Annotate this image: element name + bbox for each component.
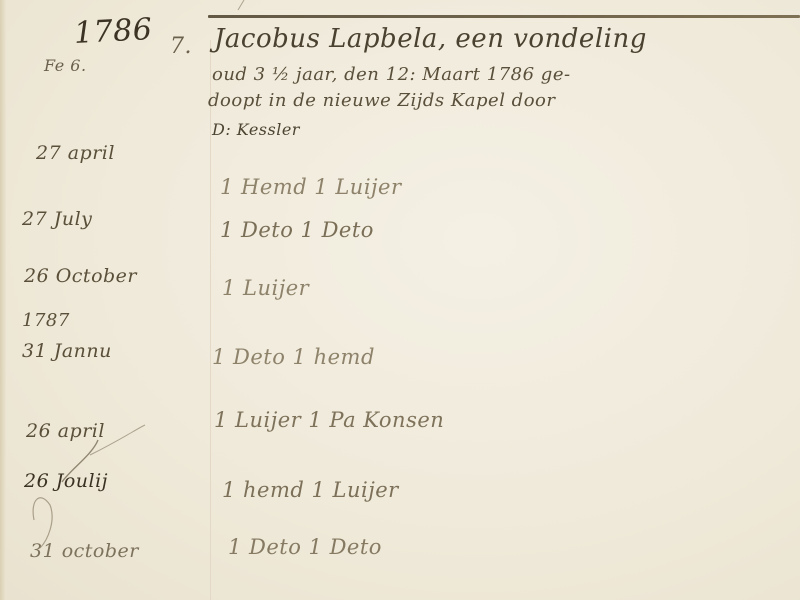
margin-rule xyxy=(210,40,211,600)
header-date: Fe 6. xyxy=(44,56,87,75)
entry-place-line: doopt in de nieuwe Zijds Kapel door xyxy=(208,90,555,111)
entry-officiant-line: D: Kessler xyxy=(212,120,300,139)
header-year: 1786 xyxy=(73,12,153,51)
ledger-items: 1 Deto 1 Deto xyxy=(220,218,374,242)
ledger-items: 1 hemd 1 Luijer xyxy=(222,478,399,502)
ledger-year: 1787 xyxy=(22,310,70,331)
ledger-date: 27 July xyxy=(22,208,92,230)
ledger-items: 1 Deto 1 Deto xyxy=(228,535,382,559)
entry-age-date-line: oud 3 ½ jaar, den 12: Maart 1786 ge- xyxy=(212,64,571,85)
ledger-date: 31 october xyxy=(30,540,139,562)
ledger-items: 1 Luijer 1 Pa Konsen xyxy=(214,408,444,432)
page-binding-edge xyxy=(0,0,6,600)
ledger-date: 26 april xyxy=(26,420,105,442)
ledger-date: 31 Jannu xyxy=(22,340,112,362)
ledger-date: 27 april xyxy=(36,142,115,164)
ledger-date: 26 October xyxy=(24,265,137,287)
ledger-items: 1 Hemd 1 Luijer xyxy=(220,175,402,199)
header-rule xyxy=(208,15,800,18)
register-page: 1786 Fe 6. 7. Jacobus Lapbela, een vonde… xyxy=(0,0,800,600)
entry-number: 7. xyxy=(170,34,192,59)
ledger-items: 1 Luijer xyxy=(222,276,309,300)
ledger-items: 1 Deto 1 hemd xyxy=(212,345,375,369)
ledger-date: 26 Joulij xyxy=(24,470,108,492)
entry-name-line: Jacobus Lapbela, een vondeling xyxy=(214,24,647,54)
